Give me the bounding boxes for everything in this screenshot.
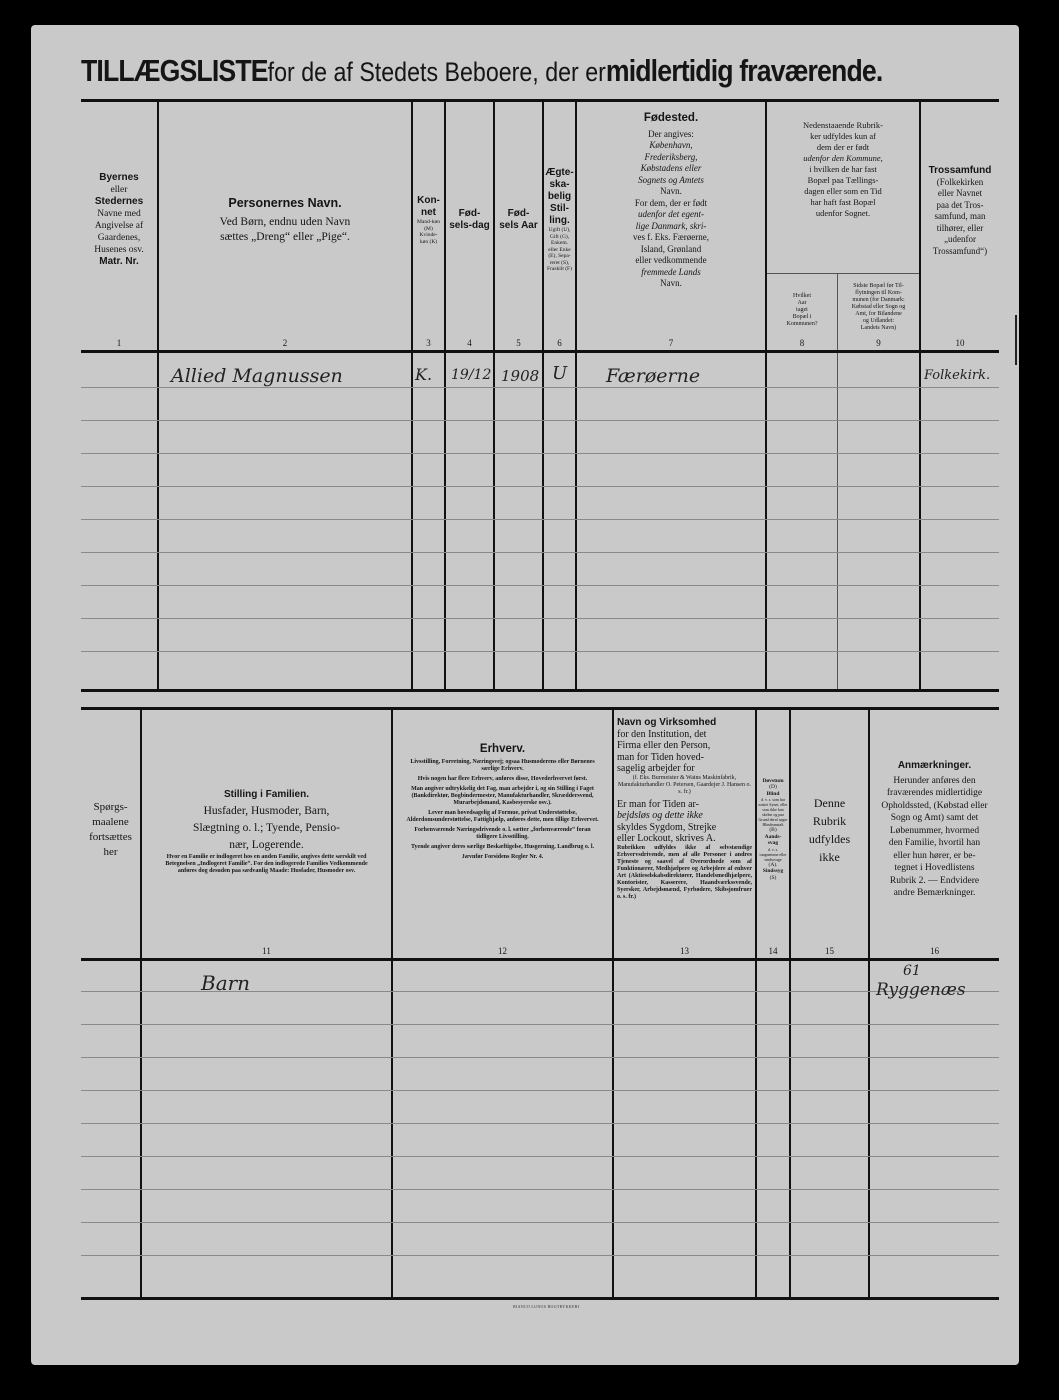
col14-header: Døvstum (D) Blind d. v. s. som har miste… bbox=[757, 717, 789, 942]
col3-header: Kon-net Mand-køn (M) Kvinde-køn (K) bbox=[413, 105, 444, 335]
col16-line: Herunder anføres den bbox=[893, 775, 975, 788]
col8-header: Hvilket Aar taget Bopæl i Kommunen? bbox=[767, 283, 837, 338]
col7-line: Sognets og Amtets bbox=[638, 175, 704, 187]
col11-line: nær, Logerende. bbox=[229, 837, 304, 854]
printer-imprint: BIANCO LUNOS BOGTRYKKERI bbox=[513, 1304, 579, 1309]
continuation-line: Spørgs- bbox=[93, 800, 127, 815]
col10-line: samfund, man bbox=[935, 211, 986, 223]
col7-line: Der angives: bbox=[648, 129, 694, 141]
col13-note: Rubrikken udfyldes ikke af selvstændige … bbox=[617, 845, 752, 901]
col8-9-line: ker udfyldes kun af bbox=[810, 131, 876, 142]
row-line bbox=[81, 486, 999, 487]
col14-line: d. v. s. som har mistet Synet, eller som… bbox=[758, 797, 788, 827]
col4-heading: Fød-sels-dag bbox=[449, 208, 490, 232]
col1-label: Angivelse af bbox=[95, 220, 143, 232]
col-number: 3 bbox=[413, 338, 444, 348]
col16-line: Sogn og Amt) samt det bbox=[891, 812, 979, 825]
col1-label: eller bbox=[111, 184, 128, 196]
row-line bbox=[81, 1255, 999, 1256]
entry-remark-place: Ryggenæs bbox=[876, 980, 966, 1000]
col7-line: lige Danmark, skri- bbox=[636, 221, 707, 233]
col8-9-line: dagen eller som en Tid bbox=[804, 186, 881, 197]
row-line bbox=[81, 1057, 999, 1058]
col9-line: Sidste Bopæl før Til- bbox=[853, 283, 904, 290]
col1-header: Byernes eller Stedernes Navne med Angive… bbox=[81, 105, 157, 335]
entry-birth-day: 19/12 bbox=[451, 367, 491, 383]
col13-line: for den Institution, det bbox=[617, 729, 752, 741]
col12-paragraph: Tyende angiver deres særlige Beskæftigel… bbox=[401, 844, 604, 851]
col16-line: den Familie, hvortil han bbox=[889, 837, 980, 850]
col16-line: tegnet i Hovedlistens bbox=[894, 862, 974, 875]
col13-line: sagelig arbejder for bbox=[617, 763, 752, 775]
col9-line: Købstad eller Sogn og bbox=[852, 304, 906, 311]
col7-line: Købstadens eller bbox=[641, 163, 702, 175]
col15-line: Denne bbox=[814, 794, 845, 812]
continuation-line: maalene bbox=[92, 815, 129, 830]
col10-heading: Trossamfund bbox=[929, 165, 992, 177]
col-number: 10 bbox=[921, 338, 999, 348]
title-regular: for de af Stedets Beboere, der er bbox=[268, 57, 606, 88]
col3-sub: Mand-køn (M) Kvinde-køn (K) bbox=[416, 219, 441, 245]
col8-9-line: Bopæl paa Tællings- bbox=[808, 175, 879, 186]
col12-paragraph: Forhenværende Næringsdrivende o. l. sætt… bbox=[396, 827, 609, 841]
col16-line: Rubrik 2. — Endvidere bbox=[890, 875, 979, 888]
col9-line: og Udlandet: bbox=[863, 318, 894, 325]
col8-9-line: har haft fast Bopæl bbox=[811, 197, 876, 208]
col2-header: Personernes Navn. Ved Børn, endnu uden N… bbox=[159, 105, 411, 335]
row-line bbox=[81, 618, 999, 619]
col-number: 12 bbox=[393, 946, 612, 956]
col12-paragraph: Livsstilling, Forretning, Næringsvej; og… bbox=[396, 759, 609, 773]
col10-line: paa det Tros- bbox=[937, 200, 984, 212]
col2-heading: Personernes Navn. bbox=[228, 196, 341, 211]
entry-birth-year: 1908 bbox=[501, 367, 539, 385]
col13-line: Navn og Virksomhed bbox=[617, 717, 752, 729]
col11-header: Stilling i Familien. Husfader, Husmoder,… bbox=[142, 715, 391, 945]
col10-line: „udenfor bbox=[944, 234, 976, 246]
col7-header: Fødested. Der angives: København, Freder… bbox=[577, 113, 765, 323]
col7-line: For dem, der er født bbox=[635, 198, 707, 210]
row-line bbox=[81, 1156, 999, 1157]
col12-paragraph: Jævnfør Forsidens Regler Nr. 4. bbox=[462, 854, 544, 861]
title-rule bbox=[81, 99, 999, 102]
col2-instruction: Ved Børn, endnu uden Navn bbox=[220, 215, 351, 230]
col3-heading: Kon-net bbox=[416, 195, 441, 219]
row-line bbox=[81, 1123, 999, 1124]
col13-header: Navn og Virksomhed for den Institution, … bbox=[614, 717, 755, 942]
row-line bbox=[81, 552, 999, 553]
col-number: 7 bbox=[577, 338, 765, 348]
col-number: 14 bbox=[757, 946, 789, 956]
continuation-line: her bbox=[103, 845, 117, 860]
continuation-line: fortsættes bbox=[89, 830, 132, 845]
col-number: 4 bbox=[446, 338, 493, 348]
col16-line: Opholdssted, (Købstad eller bbox=[881, 800, 987, 813]
col-number: 9 bbox=[838, 338, 919, 348]
col13-note: (f. Eks. Burmeister & Wains Maskinfabrik… bbox=[617, 775, 752, 796]
col13-line: Er man for Tiden ar- bbox=[617, 799, 752, 811]
col1-label: Husenes osv. bbox=[94, 244, 144, 256]
continuation-note: Spørgs- maalene fortsættes her bbox=[81, 715, 140, 945]
col11-line: Husfader, Husmoder, Barn, bbox=[204, 803, 330, 820]
header-bottom-rule bbox=[81, 350, 999, 353]
col13-line: Firma eller den Person, bbox=[617, 740, 752, 752]
col16-line: fraværendes midlertidige bbox=[887, 787, 982, 800]
col11-line: Slægtning o. l.; Tyende, Pensio- bbox=[193, 820, 340, 837]
form-title: TILLÆGSLISTE for de af Stedets Beboere, … bbox=[81, 53, 872, 93]
col-number: 8 bbox=[767, 338, 837, 348]
row-line bbox=[81, 1222, 999, 1223]
col7-line: Island, Grønland bbox=[641, 244, 702, 256]
col13-line: eller Lockout, skrives A. bbox=[617, 833, 752, 845]
col2-instruction: sættes „Dreng“ eller „Pige“. bbox=[220, 230, 350, 245]
col8-9-line: i hvilken de har fast bbox=[809, 164, 877, 175]
col7-line: eller vedkommende bbox=[635, 255, 706, 267]
col9-line: Amt, for Bilandene bbox=[855, 311, 902, 318]
col8-line: taget bbox=[796, 307, 808, 314]
col1-label: Navne med bbox=[97, 208, 141, 220]
col5-header: Fød-sels Aar bbox=[495, 105, 542, 335]
entry-remark-number: 61 bbox=[903, 963, 921, 979]
col13-line: skyldes Sygdom, Strejke bbox=[617, 822, 752, 834]
col12-heading: Erhverv. bbox=[480, 743, 525, 755]
col8-9-line: udenfor den Kommune, bbox=[803, 153, 883, 164]
col1-label: Stedernes bbox=[95, 196, 143, 208]
col-number: 1 bbox=[81, 338, 157, 348]
col10-line: Trossamfund“) bbox=[933, 246, 987, 258]
col15-line: Rubrik bbox=[813, 812, 846, 830]
col8-line: Bopæl i bbox=[793, 314, 812, 321]
col7-line: fremmede Lands bbox=[641, 267, 700, 279]
col9-line: Landets Navn) bbox=[861, 325, 897, 332]
entry-family-position: Barn bbox=[201, 971, 250, 995]
lower-table-bottom-rule bbox=[81, 1297, 999, 1300]
col8-line: Hvilket bbox=[793, 293, 811, 300]
col12-paragraph: Man angiver udtrykkelig det Fag, man arb… bbox=[396, 786, 609, 807]
col9-line: munen (for Danmark: bbox=[852, 297, 904, 304]
col-number: 16 bbox=[870, 946, 999, 956]
census-form-page: TILLÆGSLISTE for de af Stedets Beboere, … bbox=[31, 25, 1019, 1365]
col7-line: Navn. bbox=[660, 186, 682, 198]
col-number: 15 bbox=[791, 946, 868, 956]
col12-paragraph: Lever man hovedsagelig af Formue, privat… bbox=[396, 810, 609, 824]
col12-header: Erhverv. Livsstilling, Forretning, Nærin… bbox=[393, 743, 612, 943]
col16-heading: Anmærkninger. bbox=[898, 760, 971, 773]
row-line bbox=[81, 387, 999, 388]
col10-line: eller Navnet bbox=[938, 188, 982, 200]
col8-9-line: dem der er født bbox=[817, 142, 869, 153]
col16-line: eller hun hører, er be- bbox=[893, 850, 975, 863]
col7-line: København, bbox=[649, 140, 692, 152]
col10-line: tilhører, eller bbox=[937, 223, 984, 235]
entry-name: Allied Magnussen bbox=[171, 365, 343, 387]
margin-mark bbox=[1015, 315, 1017, 365]
col1-label: Gaardenes, bbox=[98, 232, 140, 244]
row-line bbox=[81, 585, 999, 586]
col8-line: Aar bbox=[798, 300, 807, 307]
col13-line: bejdsløs og dette ikke bbox=[617, 810, 752, 822]
col11-heading: Stilling i Familien. bbox=[224, 786, 309, 803]
entry-marital-status: U bbox=[552, 363, 567, 384]
col16-header: Anmærkninger. Herunder anføres den fravæ… bbox=[870, 760, 999, 920]
col-number: 5 bbox=[495, 338, 542, 348]
upper-table-bottom-rule bbox=[81, 689, 999, 692]
col5-heading: Fød-sels Aar bbox=[498, 208, 539, 232]
col12-paragraph: Hvis nogen har flere Erhverv, anføres di… bbox=[408, 776, 597, 783]
col1-label: Matr. Nr. bbox=[99, 256, 138, 268]
col-number: 6 bbox=[544, 338, 575, 348]
row-line bbox=[81, 651, 999, 652]
col1-label: Byernes bbox=[99, 172, 138, 184]
col7-heading: Fødested. bbox=[644, 113, 698, 125]
row-line bbox=[81, 1189, 999, 1190]
entry-religion: Folkekirk. bbox=[924, 368, 990, 383]
row-line bbox=[81, 1024, 999, 1025]
col11-note: Hvor en Familie er indlogeret hos en and… bbox=[145, 854, 388, 875]
row-line bbox=[81, 420, 999, 421]
lower-table-top-rule bbox=[81, 707, 999, 710]
col-number: 11 bbox=[142, 946, 391, 956]
entry-birthplace: Færøerne bbox=[606, 365, 700, 387]
lower-header-bottom-rule bbox=[81, 958, 999, 961]
col13-line: man for Tiden hoved- bbox=[617, 752, 752, 764]
col8-9-line: udenfor Sognet. bbox=[816, 208, 870, 219]
row-line bbox=[81, 519, 999, 520]
col14-line: d. v. s. tungnemme eller sindssvage bbox=[758, 847, 788, 862]
row-line bbox=[81, 1090, 999, 1091]
col8-9-line: Nedenstaaende Rubrik- bbox=[803, 120, 883, 131]
col10-line: (Folkekirken bbox=[937, 177, 984, 189]
col4-header: Fød-sels-dag bbox=[446, 105, 493, 335]
col15-line: ikke bbox=[819, 848, 840, 866]
col-number: 13 bbox=[614, 946, 755, 956]
col10-header: Trossamfund (Folkekirken eller Navnet pa… bbox=[921, 165, 999, 285]
col16-line: andre Bemærkninger. bbox=[894, 887, 976, 900]
col9-header: Sidste Bopæl før Til- flytningen til Kom… bbox=[838, 277, 919, 337]
title-bold-end: midlertidig fraværende. bbox=[606, 53, 883, 89]
col15-line: udfyldes bbox=[809, 830, 850, 848]
col8-9-header: Nedenstaaende Rubrik- ker udfyldes kun a… bbox=[767, 120, 919, 260]
col7-line: Frederiksberg, bbox=[644, 152, 697, 164]
row-line bbox=[81, 453, 999, 454]
col8-line: Kommunen? bbox=[787, 321, 818, 328]
col6-sub: Ugift (U), Gift (G), Enkem. eller Enke (… bbox=[547, 227, 572, 273]
col6-header: Ægte-ska-belig Stil-ling. Ugift (U), Gif… bbox=[544, 105, 575, 335]
subheader-rule bbox=[767, 273, 919, 274]
col7-line: ves f. Eks. Færøerne, bbox=[633, 232, 709, 244]
col15-header: Denne Rubrik udfyldes ikke bbox=[791, 715, 868, 945]
col16-line: Løbenummer, hvormed bbox=[890, 825, 979, 838]
col7-line: udenfor det egent- bbox=[638, 209, 704, 221]
col9-line: flytningen til Kom- bbox=[855, 290, 902, 297]
title-bold-start: TILLÆGSLISTE bbox=[81, 53, 268, 89]
col6-heading: Ægte-ska-belig Stil-ling. bbox=[545, 167, 573, 227]
entry-sex: K. bbox=[415, 365, 432, 384]
col-number: 2 bbox=[159, 338, 411, 348]
col7-line: Navn. bbox=[660, 278, 682, 290]
col14-line: (S) bbox=[770, 875, 777, 882]
